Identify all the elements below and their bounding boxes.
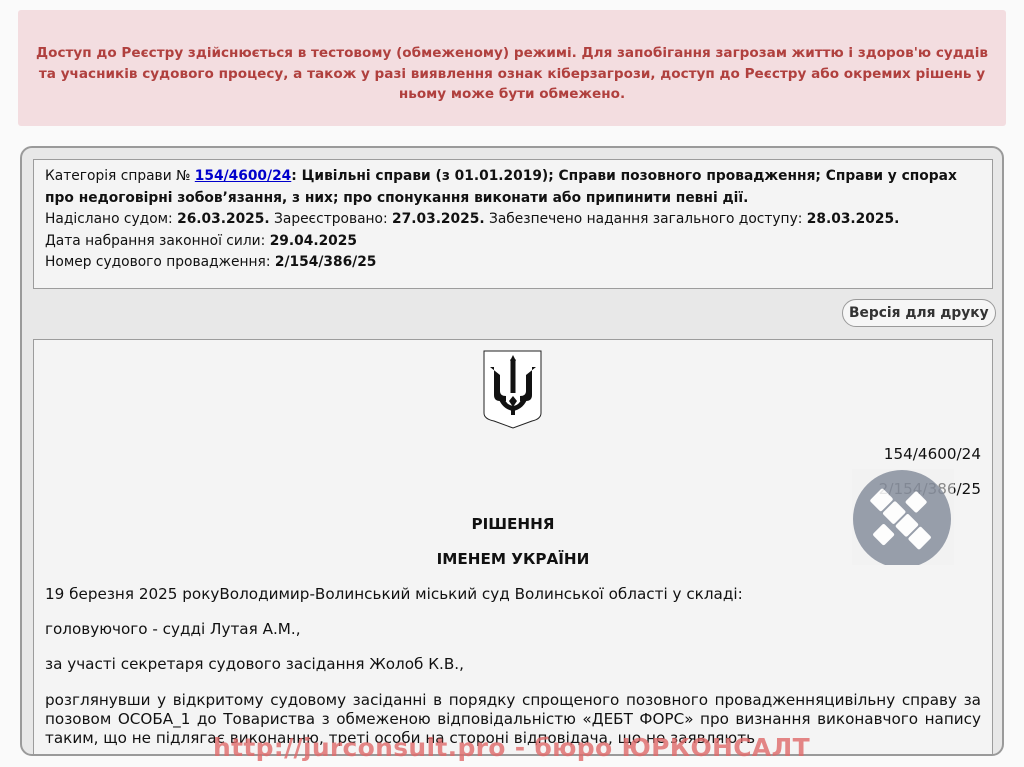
- ukraine-trident-emblem-icon: [482, 349, 544, 429]
- case-category-line: Категорія справи № 154/4600/24: Цивільні…: [45, 166, 981, 209]
- sent-label: Надіслано судом:: [45, 211, 173, 227]
- document-paragraph: 19 березня 2025 рокуВолодимир-Волинський…: [45, 586, 981, 604]
- puzzle-cross-logo-icon: [852, 469, 954, 565]
- registered-date: 27.03.2025.: [392, 211, 485, 227]
- sent-date: 26.03.2025.: [177, 211, 270, 227]
- access-notice-text: Доступ до Реєстру здійснюється в тестово…: [36, 45, 988, 102]
- document-paragraph: головуючого - судді Лутая А.М.,: [45, 621, 981, 639]
- effective-label: Дата набрання законної сили:: [45, 233, 265, 249]
- effective-date-line: Дата набрання законної сили: 29.04.2025: [45, 231, 981, 253]
- document-title: РІШЕННЯ: [34, 516, 992, 534]
- public-access-label: Забезпечено надання загального доступу:: [489, 211, 802, 227]
- case-number-link[interactable]: 154/4600/24: [195, 168, 291, 184]
- proceeding-number: 2/154/386/25: [275, 254, 377, 270]
- access-notice-banner: Доступ до Реєстру здійснюється в тестово…: [18, 10, 1006, 126]
- registered-label: Зареєстровано:: [274, 211, 388, 227]
- category-label: Категорія справи №: [45, 168, 190, 184]
- document-paragraph: за участі секретаря судового засідання Ж…: [45, 656, 981, 674]
- effective-date: 29.04.2025: [270, 233, 357, 249]
- proceeding-label: Номер судового провадження:: [45, 254, 271, 270]
- decision-container: Категорія справи № 154/4600/24: Цивільні…: [20, 146, 1004, 756]
- dates-line: Надіслано судом: 26.03.2025. Зареєстрова…: [45, 209, 981, 231]
- public-access-date: 28.03.2025.: [807, 211, 900, 227]
- document-case-number: 154/4600/24: [884, 446, 981, 464]
- print-version-button[interactable]: Версія для друку: [842, 299, 996, 327]
- proceeding-number-line: Номер судового провадження: 2/154/386/25: [45, 252, 981, 274]
- decision-document: 154/4600/24 2/154/386/25 РІШЕННЯ ІМЕНЕМ …: [33, 339, 993, 756]
- document-subtitle: ІМЕНЕМ УКРАЇНИ: [34, 551, 992, 569]
- case-info-panel: Категорія справи № 154/4600/24: Цивільні…: [33, 159, 993, 289]
- watermark-text: http://jurconsult.pro - бюро ЮРКОНСАЛТ: [213, 733, 810, 762]
